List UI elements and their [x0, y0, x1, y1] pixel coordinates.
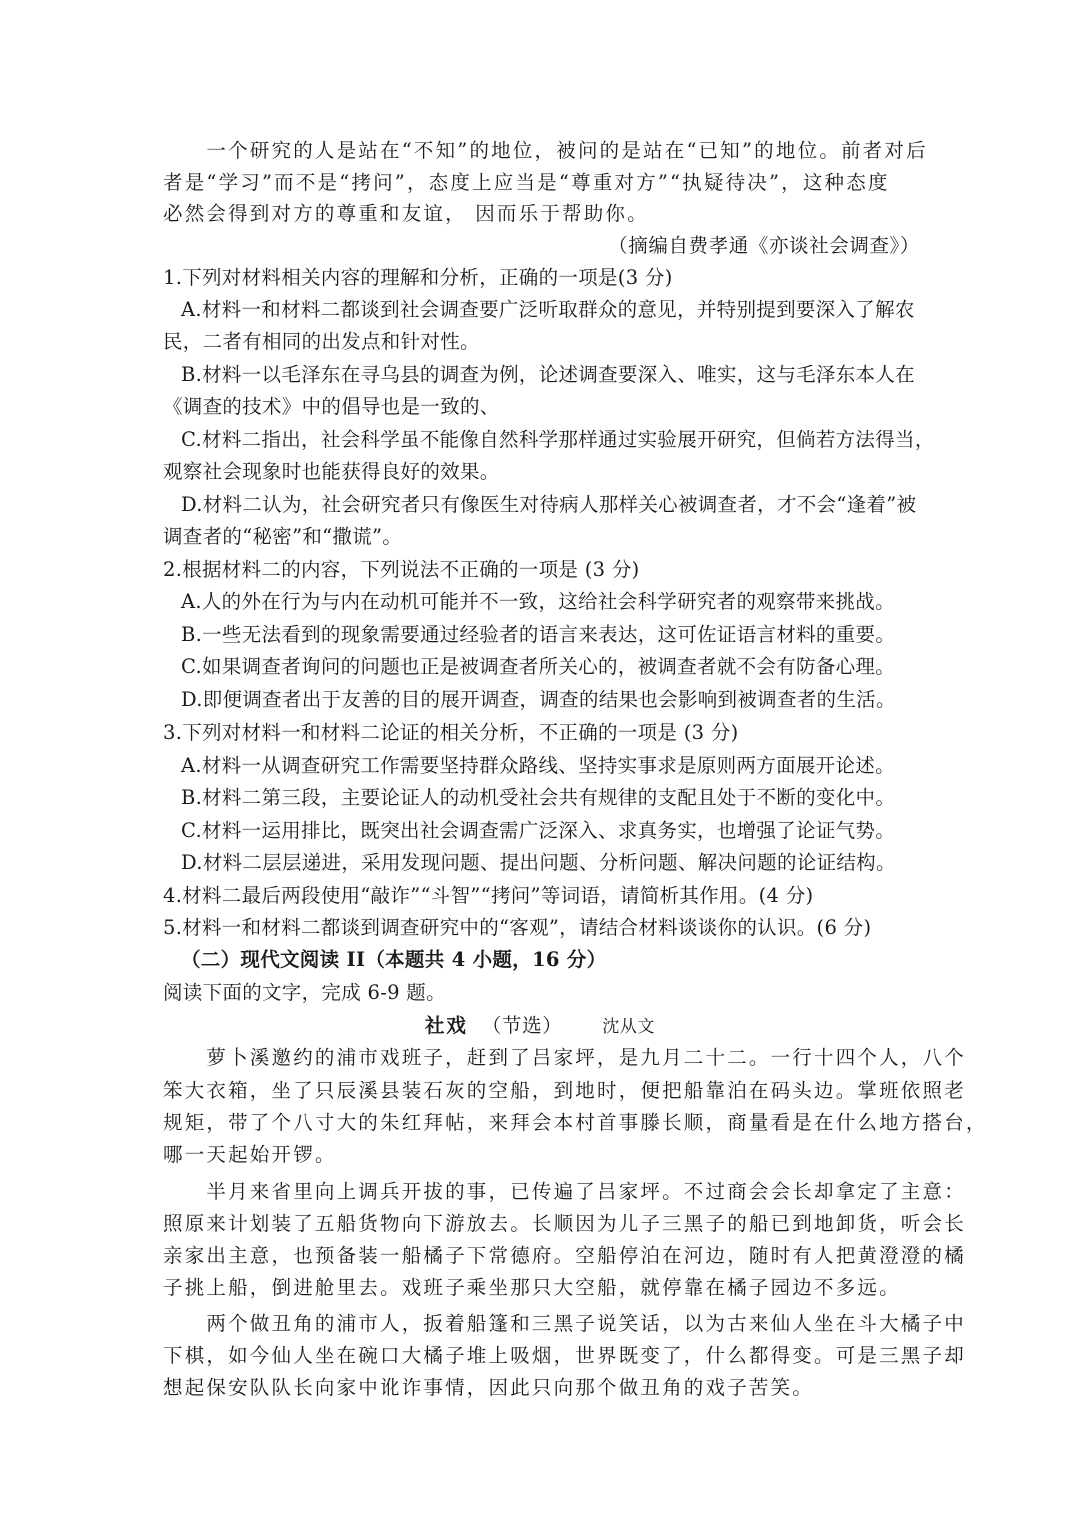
q1-option-b: B.材料一以毛泽东在寻乌县的调查为例，论述调查要深入、唯实，这与毛泽东本人在 [181, 360, 941, 390]
passage-author: 沈从文 [602, 1017, 655, 1037]
question-4-stem: 4.材料二最后两段使用“敲诈”“斗智”“拷问”等词语，请简析其作用。(4 分) [163, 881, 923, 911]
q1-option-d-cont: 调查者的“秘密”和“撒谎”。 [163, 522, 923, 552]
exam-page: 一个研究的人是站在“不知”的地位，被问的是站在“已知”的地位。前者对后 者是“学… [0, 0, 1080, 1527]
material-line: 一个研究的人是站在“不知”的地位，被问的是站在“已知”的地位。前者对后 [163, 136, 923, 166]
q3-option-c: C.材料一运用排比，既突出社会调查需广泛深入、求真务实，也增强了论证气势。 [181, 816, 941, 846]
q1-option-c: C.材料二指出，社会科学虽不能像自然科学那样通过实验展开研究，但倘若方法得当， [181, 425, 941, 455]
q3-option-d: D.材料二层层递进，采用发现问题、提出问题、分析问题、解决问题的论证结构。 [181, 848, 941, 878]
q1-option-d: D.材料二认为，社会研究者只有像医生对待病人那样关心被调查者，才不会“逢着”被 [181, 490, 941, 520]
q1-option-c-cont: 观察社会现象时也能获得良好的效果。 [163, 457, 923, 487]
q1-option-a: A.材料一和材料二都谈到社会调查要广泛听取群众的意见，并特别提到要深入了解农 [181, 295, 941, 325]
section-instruction: 阅读下面的文字，完成 6-9 题。 [163, 978, 923, 1008]
passage-line: 萝卜溪邀约的浦市戏班子，赶到了吕家坪，是九月二十二。一行十四个人，八个 [163, 1043, 923, 1073]
passage-line: 两个做丑角的浦市人，扳着船篷和三黑子说笑话，以为古来仙人坐在斗大橘子中 [163, 1309, 923, 1339]
citation: （摘编自费孝通《亦谈社会调查》） [608, 231, 920, 261]
q1-option-b-cont: 《调查的技术》中的倡导也是一致的、 [163, 392, 923, 422]
question-5-stem: 5.材料一和材料二都谈到调查研究中的“客观”，请结合材料谈谈你的认识。(6 分) [163, 913, 923, 943]
passage-line: 亲家出主意，也预备装一船橘子下常德府。空船停泊在河边，随时有人把黄澄澄的橘 [163, 1241, 923, 1271]
q3-option-b: B.材料二第三段，主要论证人的动机受社会共有规律的支配且处于不断的变化中。 [181, 783, 941, 813]
passage-line: 规矩，带了个八寸大的朱红拜帖，来拜会本村首事滕长顺，商量看是在什么地方搭台， [163, 1108, 923, 1138]
q1-option-a-cont: 民，二者有相同的出发点和针对性。 [163, 327, 923, 357]
q2-option-c: C.如果调查者询问的问题也正是被调查者所关心的，被调查者就不会有防备心理。 [181, 652, 941, 682]
passage-title: 社戏 [425, 1014, 468, 1037]
passage-line: 哪一天起始开锣。 [163, 1140, 923, 1170]
passage-title-note: （节选） [482, 1014, 562, 1037]
section-heading: （二）现代文阅读 II（本题共 4 小题，16 分） [181, 945, 941, 975]
passage-line: 照原来计划装了五船货物向下游放去。长顺因为儿子三黑子的船已到地卸货，听会长 [163, 1209, 923, 1239]
passage-line: 想起保安队队长向家中讹诈事情，因此只向那个做丑角的戏子苦笑。 [163, 1373, 923, 1403]
question-1-stem: 1.下列对材料相关内容的理解和分析，正确的一项是(3 分) [163, 263, 923, 293]
passage-line: 半月来省里向上调兵开拔的事，已传遍了吕家坪。不过商会会长却拿定了主意： [163, 1177, 923, 1207]
passage-line: 子挑上船，倒进舱里去。戏班子乘坐那只大空船，就停靠在橘子园边不多远。 [163, 1273, 923, 1303]
passage-line: 笨大衣箱，坐了只辰溪县装石灰的空船，到地时，便把船靠泊在码头边。掌班依照老 [163, 1076, 923, 1106]
q2-option-a: A.人的外在行为与内在动机可能并不一致，这给社会科学研究者的观察带来挑战。 [181, 587, 941, 617]
passage-line: 下棋，如今仙人坐在碗口大橘子堆上吸烟，世界既变了，什么都得变。可是三黑子却 [163, 1341, 923, 1371]
q2-option-d: D.即便调查者出于友善的目的展开调查，调查的结果也会影响到被调查者的生活。 [181, 685, 941, 715]
material-line: 者是“学习”而不是“拷问”，态度上应当是“尊重对方”“执疑待决”，这种态度 [163, 168, 923, 198]
question-2-stem: 2.根据材料二的内容，下列说法不正确的一项是 (3 分) [163, 555, 923, 585]
passage-title-block: 社戏（节选）沈从文 [0, 1011, 1080, 1042]
q2-option-b: B.一些无法看到的现象需要通过经验者的语言来表达，这可佐证语言材料的重要。 [181, 620, 941, 650]
material-line: 必然会得到对方的尊重和友谊， 因而乐于帮助你。 [163, 199, 923, 229]
question-3-stem: 3.下列对材料一和材料二论证的相关分析，不正确的一项是 (3 分) [163, 718, 923, 748]
q3-option-a: A.材料一从调查研究工作需要坚持群众路线、坚持实事求是原则两方面展开论述。 [181, 751, 941, 781]
